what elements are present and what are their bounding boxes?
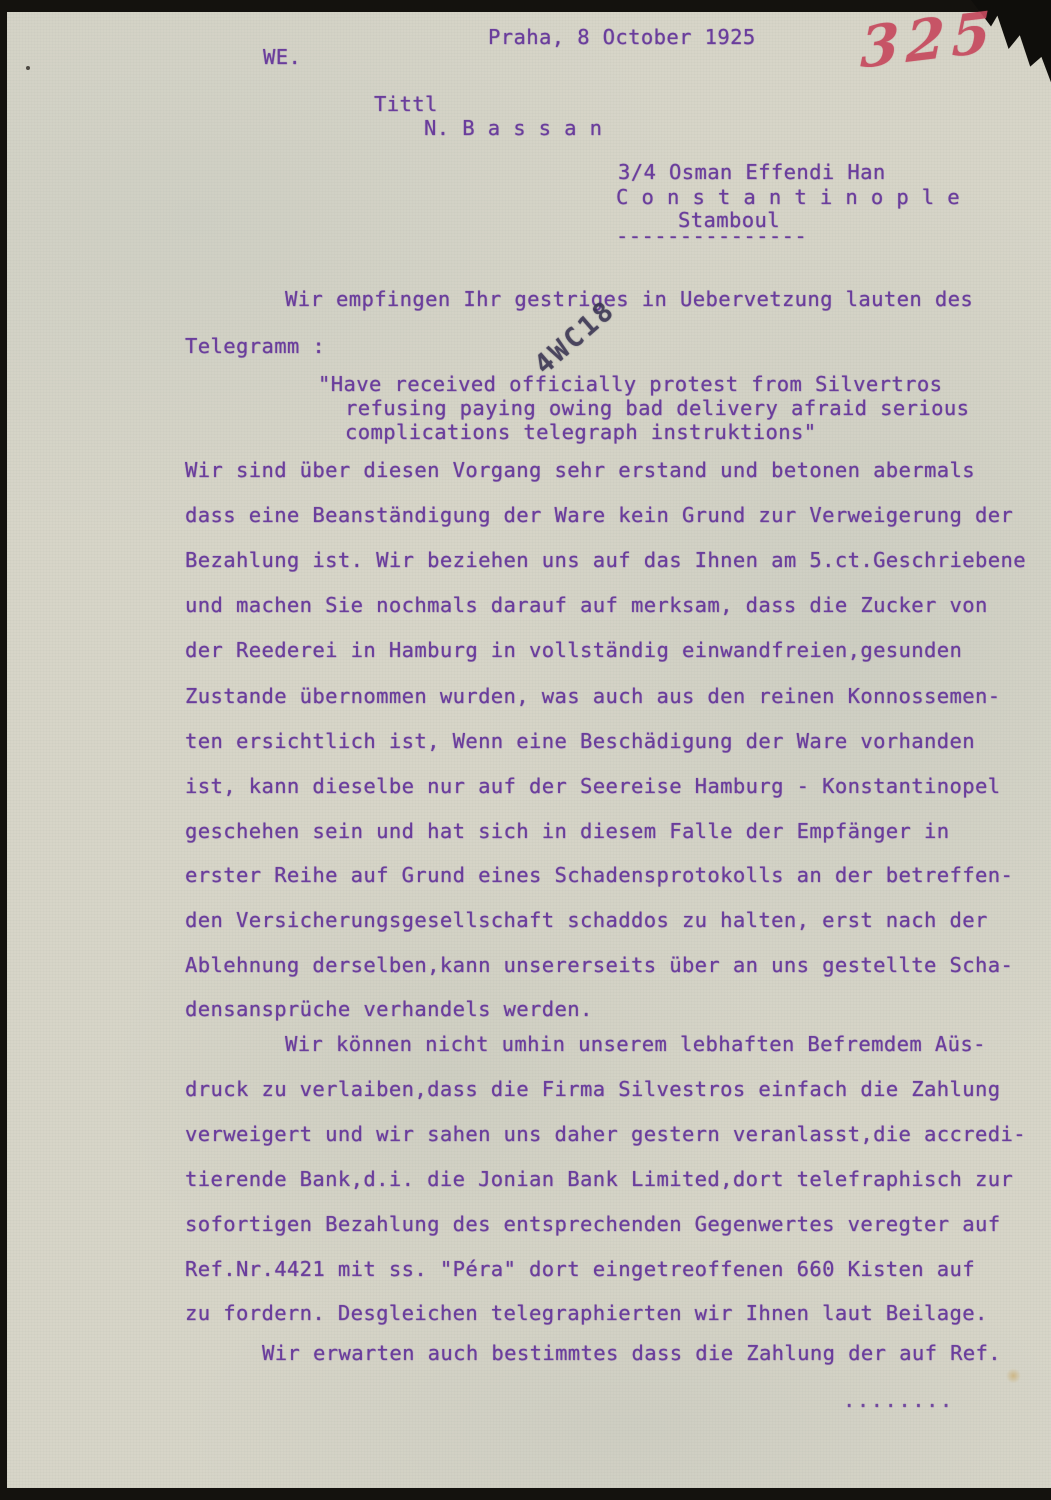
paragraph1-line: der Reederei in Hamburg in vollständig e… bbox=[185, 638, 962, 662]
paragraph1-line: Zustande übernommen wurden, was auch aus… bbox=[185, 684, 1001, 708]
recipient-name: N. B a s s a n bbox=[424, 116, 602, 140]
address-underline: --------------- bbox=[616, 224, 807, 248]
signature-ellipsis: ........ bbox=[843, 1388, 954, 1412]
paragraph2-line: zu fordern. Desgleichen telegraphierten … bbox=[185, 1301, 988, 1325]
paragraph2-line: Wir können nicht umhin unserem lebhaften… bbox=[285, 1032, 986, 1056]
paragraph1-line: ist, kann dieselbe nur auf der Seereise … bbox=[185, 774, 1001, 798]
address-line-1: 3/4 Osman Effendi Han bbox=[618, 160, 886, 184]
telegram-quote-line-2: refusing paying owing bad delivery afrai… bbox=[345, 396, 969, 420]
paragraph1-line: ten ersichtlich ist, Wenn eine Beschädig… bbox=[185, 729, 975, 753]
paragraph2-line: verweigert und wir sahen uns daher geste… bbox=[185, 1122, 1026, 1146]
intro-line-1: Wir empfingen Ihr gestriges in Uebervetz… bbox=[285, 287, 973, 311]
archival-page-number: 325 bbox=[860, 1, 998, 78]
recipient-salutation: Tittl bbox=[374, 92, 438, 116]
paragraph2-line: tierende Bank,d.i. die Jonian Bank Limit… bbox=[185, 1167, 1013, 1191]
paragraph2-line: druck zu verlaiben,dass die Firma Silves… bbox=[185, 1077, 1001, 1101]
paragraph1-line: Wir sind über diesen Vorgang sehr erstan… bbox=[185, 458, 975, 482]
paragraph1-line: erster Reihe auf Grund eines Schadenspro… bbox=[185, 863, 1013, 887]
paragraph1-line: densansprüche verhandels werden. bbox=[185, 997, 593, 1021]
telegram-quote-line-1: "Have received officially protest from S… bbox=[318, 372, 942, 396]
paragraph1-line: Ablehnung derselben,kann unsererseits üb… bbox=[185, 953, 1013, 977]
paragraph2-line: sofortigen Bezahlung des entsprechenden … bbox=[185, 1212, 1001, 1236]
telegram-quote-line-3: complications telegraph instruktions" bbox=[345, 420, 816, 444]
paper-speck bbox=[26, 66, 30, 70]
address-line-2: C o n s t a n t i n o p l e bbox=[616, 185, 960, 209]
paragraph1-line: Bezahlung ist. Wir beziehen uns auf das … bbox=[185, 548, 1026, 572]
dateline: Praha, 8 October 1925 bbox=[488, 25, 756, 49]
closing-line: Wir erwarten auch bestimmtes dass die Za… bbox=[262, 1341, 1001, 1365]
paragraph1-line: den Versicherungsgesellschaft schaddos z… bbox=[185, 908, 988, 932]
paragraph1-line: und machen Sie nochmals darauf auf merks… bbox=[185, 593, 988, 617]
intro-line-2: Telegramm : bbox=[185, 334, 325, 358]
paragraph1-line: geschehen sein und hat sich in diesem Fa… bbox=[185, 819, 950, 843]
paragraph2-line: Ref.Nr.4421 mit ss. "Péra" dort eingetre… bbox=[185, 1257, 975, 1281]
reference-initials: WE. bbox=[263, 45, 301, 69]
paragraph1-line: dass eine Beanständigung der Ware kein G… bbox=[185, 503, 1013, 527]
